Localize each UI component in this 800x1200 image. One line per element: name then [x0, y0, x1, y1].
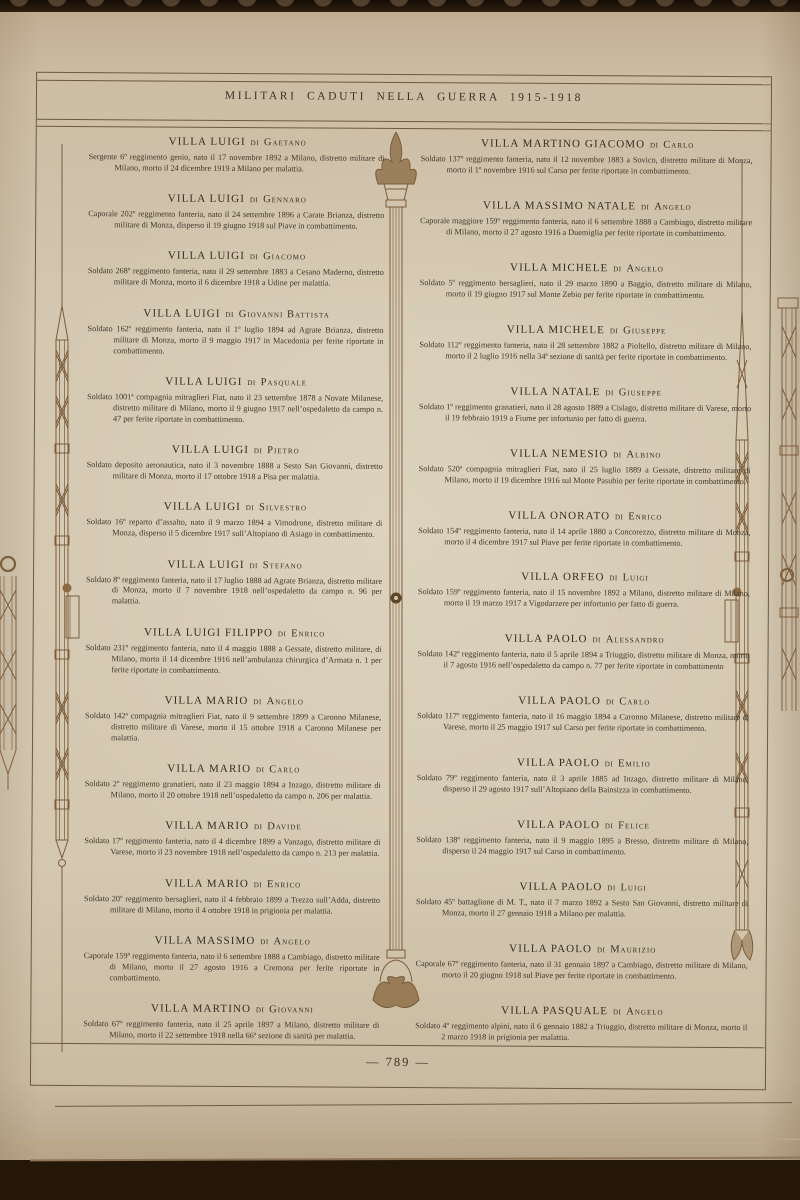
patronymic-connector: di	[609, 574, 617, 584]
casualty-entry: VILLA LUIGI di Silvestro Soldato 16º rep…	[86, 500, 384, 541]
casualty-entry: VILLA MICHELE di Angelo Soldato 5º reggi…	[420, 261, 754, 302]
father-name: Stefano	[263, 560, 303, 571]
casualty-surname-names: VILLA PASQUALE	[501, 1005, 608, 1018]
casualty-record-text: Soldato 138º reggimento fanteria, nato i…	[416, 835, 750, 859]
casualty-entry: VILLA MARIO di Angelo Soldato 142ª compa…	[85, 694, 383, 746]
casualty-record-text: Soldato 142ª compagnia mitraglieri Fiat,…	[85, 711, 383, 746]
casualty-record-text: Soldato 1º reggimento granatieri, nato i…	[419, 402, 753, 426]
casualty-name-heading: VILLA LUIGI FILIPPO di Enrico	[86, 626, 384, 640]
casualty-name-heading: VILLA LUIGI di Giovanni Battista	[88, 307, 386, 321]
patronymic-connector: di	[613, 450, 621, 460]
patronymic-connector: di	[606, 698, 614, 708]
casualty-entry: VILLA PAOLO di Carlo Soldato 117º reggim…	[417, 694, 751, 735]
casualty-surname-names: VILLA PAOLO	[505, 633, 588, 646]
patronymic-connector: di	[254, 880, 262, 890]
page-stack-edge-line	[14, 1138, 800, 1143]
casualty-name-heading: VILLA PAOLO di Felice	[416, 818, 750, 832]
casualty-entry: VILLA ORFEO di Luigi Soldato 159º reggim…	[418, 571, 752, 612]
casualty-name-heading: VILLA PASQUALE di Angelo	[415, 1004, 749, 1018]
casualty-entry: VILLA LUIGI di Giovanni Battista Soldato…	[87, 307, 385, 359]
casualty-name-heading: VILLA MICHELE di Giuseppe	[420, 323, 754, 337]
casualty-surname-names: VILLA LUIGI	[172, 444, 249, 456]
casualty-surname-names: VILLA MASSIMO	[155, 934, 256, 947]
patronymic-connector: di	[250, 195, 258, 205]
casualty-record-text: Soldato 154º reggimento fanteria, nato i…	[418, 526, 752, 550]
casualty-record-text: Soldato 79º reggimento fanteria, nato il…	[417, 773, 751, 797]
printed-frame: MILITARI CADUTI NELLA GUERRA 1915-1918 V…	[30, 72, 772, 1090]
patronymic-connector: di	[249, 561, 257, 571]
header-bottom-rule-a	[37, 119, 771, 124]
casualty-name-heading: VILLA NEMESIO di Albino	[419, 447, 753, 461]
casualty-entry: VILLA LUIGI di Stefano Soldato 8º reggim…	[86, 558, 384, 610]
casualty-surname-names: VILLA MARIO	[165, 820, 249, 833]
casualty-entry: VILLA LUIGI di Giacomo Soldato 268º regg…	[88, 250, 386, 291]
casualty-surname-names: VILLA ONORATO	[508, 509, 610, 522]
casualty-record-text: Caporale 202º reggimento fanteria, nato …	[88, 209, 386, 233]
casualty-entry: VILLA PAOLO di Felice Soldato 138º reggi…	[416, 818, 750, 859]
father-name: Silvestro	[259, 502, 307, 513]
casualty-surname-names: VILLA PAOLO	[517, 819, 600, 832]
casualty-name-heading: VILLA LUIGI di Pasquale	[87, 375, 385, 389]
casualty-surname-names: VILLA LUIGI	[168, 250, 245, 262]
patronymic-connector: di	[615, 512, 623, 522]
casualty-name-heading: VILLA MASSIMO NATALE di Angelo	[420, 199, 754, 213]
patronymic-connector: di	[260, 937, 268, 947]
casualty-entry: VILLA LUIGI di Gennaro Caporale 202º reg…	[88, 192, 386, 233]
casualty-name-heading: VILLA MICHELE di Angelo	[420, 261, 754, 275]
father-name: Carlo	[663, 140, 694, 151]
casualty-name-heading: VILLA LUIGI di Gaetano	[89, 135, 387, 149]
header-bottom-rule-b	[37, 126, 771, 131]
casualty-record-text: Caporale maggiore 159º reggimento fanter…	[420, 216, 754, 240]
patronymic-connector: di	[607, 883, 615, 893]
casualty-name-heading: VILLA MARTINO di Giovanni	[83, 1002, 381, 1016]
casualty-surname-names: VILLA LUIGI	[143, 307, 220, 319]
patronymic-connector: di	[246, 503, 254, 513]
casualty-entry: VILLA MASSIMO NATALE di Angelo Caporale …	[420, 199, 754, 240]
casualty-name-heading: VILLA PAOLO di Luigi	[416, 880, 750, 894]
casualty-name-heading: VILLA LUIGI di Stefano	[86, 558, 384, 572]
father-name: Enrico	[291, 628, 325, 639]
casualty-record-text: Soldato 520ª compagnia mitraglieri Fiat,…	[419, 464, 753, 488]
casualty-surname-names: VILLA MARIO	[167, 763, 251, 776]
casualty-entry: VILLA MICHELE di Giuseppe Soldato 112º r…	[419, 323, 753, 364]
casualty-record-text: Sergente 6º reggimento genio, nato il 17…	[88, 152, 386, 176]
casualty-record-text: Soldato 5º reggimento bersaglieri, nato …	[420, 278, 754, 302]
casualty-record-text: Soldato 8º reggimento fanteria, nato il …	[86, 575, 384, 610]
lower-page-rule	[55, 1102, 792, 1107]
casualty-name-heading: VILLA MARTINO GIACOMO di Carlo	[421, 137, 755, 151]
left-margin-column-illustration	[0, 542, 25, 792]
casualty-entry: VILLA LUIGI di Pasquale Soldato 1001ª co…	[87, 375, 385, 427]
casualty-record-text: Soldato 162º reggimento fanteria, nato i…	[87, 324, 385, 359]
father-name: Carlo	[269, 764, 300, 775]
casualty-record-text: Soldato deposito aeronautica, nato il 3 …	[87, 460, 385, 484]
page-number: — 789 —	[31, 1053, 765, 1072]
casualty-surname-names: VILLA MICHELE	[507, 323, 605, 336]
right-margin-column-illustration	[774, 296, 800, 721]
casualty-surname-names: VILLA MARIO	[165, 877, 249, 890]
casualty-name-heading: VILLA PAOLO di Carlo	[417, 694, 751, 708]
casualty-surname-names: VILLA LUIGI	[169, 136, 246, 148]
casualty-entry: VILLA LUIGI FILIPPO di Enrico Soldato 23…	[85, 626, 383, 678]
father-name: Angelo	[626, 263, 663, 274]
casualty-name-heading: VILLA MASSIMO di Angelo	[84, 934, 382, 948]
father-name: Pietro	[267, 445, 300, 456]
casualty-record-text: Soldato 231º reggimento fanteria, nato i…	[85, 643, 383, 678]
casualty-record-text: Soldato 142º reggimento fanteria, nato i…	[417, 649, 751, 673]
casualty-surname-names: VILLA MARIO	[165, 694, 249, 707]
casualty-entry: VILLA MARTINO di Giovanni Soldato 67º re…	[83, 1002, 381, 1043]
casualty-record-text: Soldato 117º reggimento fanteria, nato i…	[417, 711, 751, 735]
casualty-surname-names: VILLA LUIGI	[165, 375, 242, 387]
casualty-surname-names: VILLA MASSIMO NATALE	[483, 199, 636, 212]
casualty-surname-names: VILLA MARTINO	[151, 1002, 251, 1015]
casualty-entry: VILLA NEMESIO di Albino Soldato 520ª com…	[419, 447, 753, 488]
casualty-surname-names: VILLA PAOLO	[517, 757, 600, 770]
casualty-entry: VILLA PASQUALE di Angelo Soldato 4º regg…	[415, 1004, 749, 1045]
patronymic-connector: di	[278, 629, 286, 639]
patronymic-connector: di	[613, 264, 621, 274]
father-name: Giuseppe	[619, 387, 662, 398]
page-stack-edge-line	[30, 1157, 800, 1162]
patronymic-connector: di	[650, 141, 658, 151]
father-name: Giuseppe	[623, 325, 666, 336]
page-title: MILITARI CADUTI NELLA GUERRA 1915-1918	[37, 89, 771, 105]
casualty-name-heading: VILLA ORFEO di Luigi	[418, 571, 752, 585]
father-name: Enrico	[267, 879, 301, 890]
casualty-surname-names: VILLA NEMESIO	[510, 447, 608, 460]
casualty-entry: VILLA LUIGI di Pietro Soldato deposito a…	[87, 443, 385, 484]
casualty-name-heading: VILLA LUIGI di Silvestro	[86, 500, 384, 514]
casualty-name-heading: VILLA LUIGI di Pietro	[87, 443, 385, 457]
casualty-surname-names: VILLA LUIGI	[164, 501, 241, 513]
casualty-name-heading: VILLA LUIGI di Gennaro	[88, 192, 386, 206]
father-name: Alessandro	[606, 635, 665, 646]
casualty-entry: VILLA NATALE di Giuseppe Soldato 1º regg…	[419, 385, 753, 426]
father-name: Luigi	[623, 573, 649, 584]
scanned-book-page: MILITARI CADUTI NELLA GUERRA 1915-1918 V…	[0, 12, 800, 1160]
casualty-surname-names: VILLA ORFEO	[521, 571, 604, 584]
patronymic-connector: di	[256, 765, 264, 775]
father-name: Angelo	[654, 201, 691, 212]
casualty-name-heading: VILLA MARIO di Carlo	[85, 762, 383, 776]
casualty-surname-names: VILLA LUIGI	[167, 558, 244, 570]
casualty-entry: VILLA PAOLO di Luigi Soldato 45º battagl…	[416, 880, 750, 921]
casualty-record-text: Soldato 2º reggimento granatieri, nato i…	[85, 779, 383, 803]
father-name: Gaetano	[264, 137, 307, 148]
father-name: Pasquale	[261, 377, 308, 388]
patronymic-connector: di	[254, 822, 262, 832]
casualty-record-text: Soldato 1001ª compagnia mitraglieri Fiat…	[87, 392, 385, 427]
patronymic-connector: di	[610, 326, 618, 336]
casualty-surname-names: VILLA PAOLO	[519, 881, 602, 894]
casualty-surname-names: VILLA PAOLO	[509, 943, 592, 956]
father-name: Gennaro	[263, 194, 307, 205]
casualty-entry: VILLA PAOLO di Alessandro Soldato 142º r…	[417, 632, 751, 673]
entries-grid: VILLA LUIGI di Gaetano Sergente 6º reggi…	[83, 135, 755, 1045]
patronymic-connector: di	[247, 378, 255, 388]
casualty-record-text: Soldato 20º reggimento bersaglieri, nato…	[84, 894, 382, 918]
casualty-name-heading: VILLA MARIO di Davide	[84, 819, 382, 833]
casualty-name-heading: VILLA PAOLO di Alessandro	[418, 632, 752, 646]
casualty-record-text: Soldato 137º reggimento fanteria, nato i…	[420, 154, 754, 178]
casualty-record-text: Soldato 4º reggimento alpini, nato il 6 …	[415, 1021, 749, 1045]
casualty-surname-names: VILLA PAOLO	[518, 695, 601, 708]
patronymic-connector: di	[605, 759, 613, 769]
casualty-entry: VILLA MARIO di Carlo Soldato 2º reggimen…	[85, 762, 383, 803]
father-name: Enrico	[628, 511, 662, 522]
patronymic-connector: di	[225, 310, 233, 320]
patronymic-connector: di	[613, 1007, 621, 1017]
casualty-entry: VILLA MARTINO GIACOMO di Carlo Soldato 1…	[420, 137, 754, 178]
casualty-name-heading: VILLA NATALE di Giuseppe	[419, 385, 753, 399]
casualty-entry: VILLA PAOLO di Maurizio Caporale 67º reg…	[416, 942, 750, 983]
father-name: Angelo	[626, 1006, 663, 1017]
father-name: Maurizio	[610, 944, 656, 955]
casualty-entry: VILLA MASSIMO di Angelo Caporale 159º re…	[84, 934, 382, 986]
patronymic-connector: di	[605, 388, 613, 398]
casualty-record-text: Soldato 45º battaglione di M. T., nato i…	[416, 897, 750, 921]
patronymic-connector: di	[605, 821, 613, 831]
casualty-record-text: Soldato 112º reggimento fanteria, nato i…	[419, 340, 753, 364]
patronymic-connector: di	[251, 138, 259, 148]
casualty-record-text: Soldato 268º reggimento fanteria, nato i…	[88, 267, 386, 291]
patronymic-connector: di	[253, 697, 261, 707]
father-name: Angelo	[274, 936, 311, 947]
casualty-record-text: Soldato 67º reggimento fanteria, nato il…	[83, 1019, 381, 1043]
father-name: Giovanni	[269, 1004, 314, 1015]
father-name: Angelo	[267, 696, 304, 707]
casualty-record-text: Soldato 159º reggimento fanteria, nato i…	[418, 588, 752, 612]
casualty-surname-names: VILLA LUIGI	[168, 193, 245, 205]
casualty-name-heading: VILLA MARIO di Enrico	[84, 877, 382, 891]
patronymic-connector: di	[256, 1005, 264, 1015]
casualty-entry: VILLA MARIO di Enrico Soldato 20º reggim…	[84, 877, 382, 918]
patronymic-connector: di	[597, 945, 605, 955]
patronymic-connector: di	[250, 253, 258, 263]
casualty-record-text: Caporale 159º reggimento fanteria, nato …	[84, 951, 382, 986]
father-name: Luigi	[621, 882, 647, 893]
patronymic-connector: di	[641, 202, 649, 212]
casualty-name-heading: VILLA ONORATO di Enrico	[418, 509, 752, 523]
father-name: Giacomo	[263, 252, 306, 263]
casualty-entry: VILLA PAOLO di Emilio Soldato 79º reggim…	[417, 756, 751, 797]
casualty-surname-names: VILLA LUIGI FILIPPO	[144, 626, 273, 639]
father-name: Albino	[626, 449, 661, 460]
father-name: Carlo	[619, 697, 650, 708]
casualty-record-text: Soldato 16º reparto d’assalto, nato il 9…	[86, 517, 384, 541]
patronymic-connector: di	[254, 446, 262, 456]
casualty-record-text: Soldato 17º reggimento fanteria, nato il…	[84, 836, 382, 860]
casualty-entry: VILLA LUIGI di Gaetano Sergente 6º reggi…	[88, 135, 386, 176]
casualty-record-text: Caporale 67º reggimento fanteria, nato i…	[416, 959, 750, 983]
casualty-entry: VILLA MARIO di Davide Soldato 17º reggim…	[84, 819, 382, 860]
father-name: Davide	[267, 822, 302, 833]
casualty-surname-names: VILLA NATALE	[510, 385, 600, 398]
left-column: VILLA LUIGI di Gaetano Sergente 6º reggi…	[83, 135, 387, 1043]
casualty-name-heading: VILLA PAOLO di Emilio	[417, 756, 751, 770]
casualty-surname-names: VILLA MARTINO GIACOMO	[481, 137, 645, 150]
casualty-name-heading: VILLA MARIO di Angelo	[85, 694, 383, 708]
father-name: Felice	[618, 820, 650, 831]
father-name: Emilio	[618, 759, 651, 770]
casualty-name-heading: VILLA PAOLO di Maurizio	[416, 942, 750, 956]
casualty-name-heading: VILLA LUIGI di Giacomo	[88, 250, 386, 264]
casualty-entry: VILLA ONORATO di Enrico Soldato 154º reg…	[418, 509, 752, 550]
father-name: Giovanni Battista	[239, 309, 330, 321]
patronymic-connector: di	[592, 636, 600, 646]
casualty-surname-names: VILLA MICHELE	[510, 262, 608, 275]
header-inner-rule	[37, 80, 771, 85]
right-column: VILLA MARTINO GIACOMO di Carlo Soldato 1…	[415, 137, 755, 1045]
